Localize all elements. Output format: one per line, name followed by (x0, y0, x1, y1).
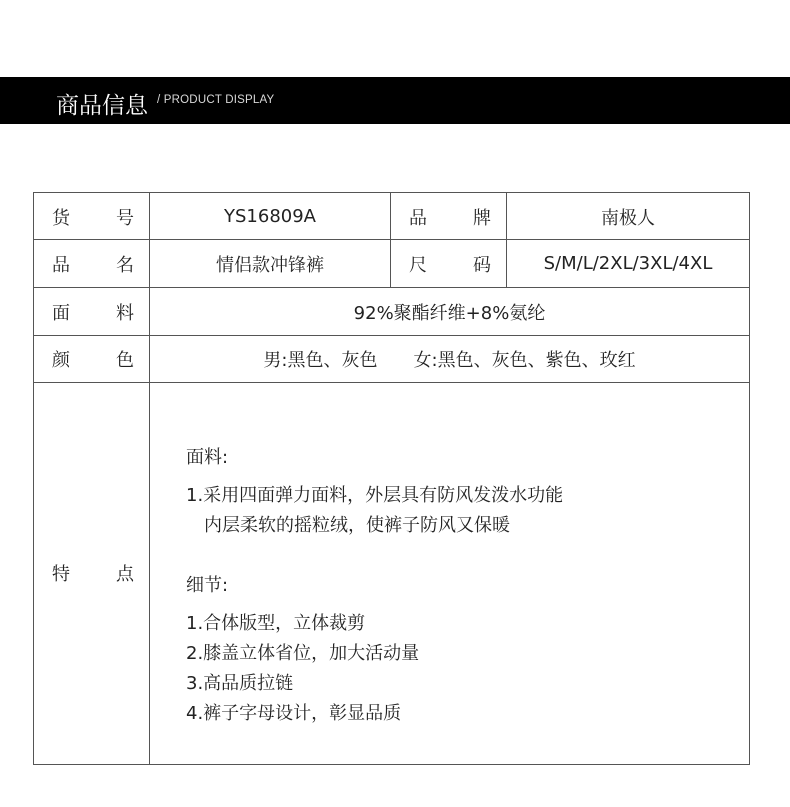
colors-men: 男:黑色、灰色 (263, 346, 377, 372)
detail-line: 2.膝盖立体省位，加大活动量 (186, 639, 563, 669)
label-char: 牌 (473, 204, 491, 230)
colors-women: 女:黑色、灰色、紫色、玫红 (414, 346, 636, 372)
label-size: 尺 码 (391, 240, 507, 287)
value-fabric: 92%聚酯纤维+8%氨纶 (150, 288, 749, 335)
detail-line: 4.裤子字母设计，彰显品质 (186, 699, 563, 729)
features-content: 面料: 1.采用四面弹力面料，外层具有防风发泼水功能 内层柔软的摇粒绒，使裤子防… (186, 443, 563, 729)
label-brand: 品 牌 (391, 193, 507, 240)
label-char: 面 (52, 299, 70, 325)
fabric-line: 1.采用四面弹力面料，外层具有防风发泼水功能 (186, 481, 563, 511)
label-char: 颜 (52, 346, 70, 372)
label-char: 号 (116, 204, 134, 230)
label-char: 尺 (409, 251, 427, 277)
section-subtitle: / PRODUCT DISPLAY (157, 94, 274, 106)
value-size: S/M/L/2XL/3XL/4XL (507, 240, 749, 287)
fabric-heading: 面料: (186, 443, 563, 473)
detail-line: 3.高品质拉链 (186, 669, 563, 699)
label-fabric: 面 料 (34, 288, 150, 335)
label-char: 品 (52, 251, 70, 277)
label-features: 特 点 (34, 383, 150, 763)
label-item-number: 货 号 (34, 193, 150, 240)
label-char: 点 (116, 560, 134, 586)
label-char: 货 (52, 204, 70, 230)
label-char: 特 (52, 560, 70, 586)
value-color: 男:黑色、灰色 女:黑色、灰色、紫色、玫红 (150, 336, 749, 382)
value-product-name: 情侣款冲锋裤 (150, 240, 390, 287)
label-char: 名 (116, 251, 134, 277)
detail-line: 1.合体版型，立体裁剪 (186, 609, 563, 639)
label-char: 色 (116, 346, 134, 372)
label-char: 料 (116, 299, 134, 325)
label-product-name: 品 名 (34, 240, 150, 287)
label-color: 颜 色 (34, 336, 150, 382)
value-brand: 南极人 (507, 193, 749, 240)
product-info-table: 货 号 YS16809A 品 牌 南极人 品 名 情侣款冲锋裤 尺 码 S/M/… (33, 192, 750, 765)
detail-heading: 细节: (186, 571, 563, 601)
label-char: 品 (409, 204, 427, 230)
fabric-line: 内层柔软的摇粒绒，使裤子防风又保暖 (186, 511, 563, 541)
label-char: 码 (473, 251, 491, 277)
section-title: 商品信息 (56, 87, 148, 120)
value-item-number: YS16809A (150, 193, 390, 240)
